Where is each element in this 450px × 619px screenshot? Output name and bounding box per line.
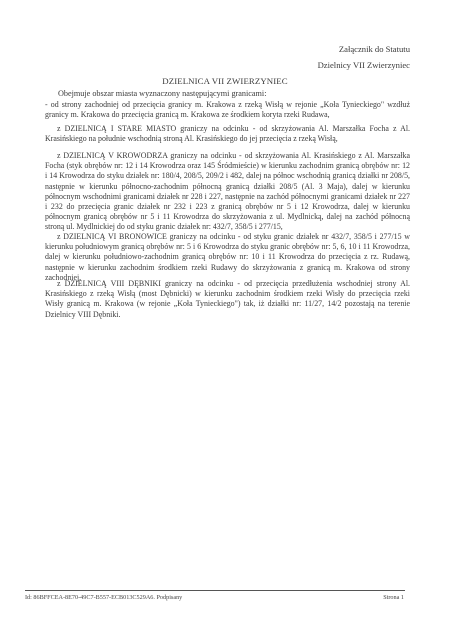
document-id: Id: 86BFFCEA-8E70-49C7-B557-ECB013C529A6… [25, 594, 182, 601]
boundary-krowodrza-paragraph: z DZIELNICĄ V KROWODRZA graniczy na odci… [45, 151, 410, 233]
boundary-stare-miasto-paragraph: z DZIELNICĄ I STARE MIASTO graniczy na o… [45, 124, 410, 144]
page-number: Strona 1 [383, 594, 404, 601]
attachment-label-line2: Dzielnicy VII Zwierzyniec [318, 60, 410, 70]
document-title: DZIELNICA VII ZWIERZYNIEC [0, 76, 450, 86]
boundary-west-paragraph: - od strony zachodniej od przecięcia gra… [45, 100, 410, 120]
attachment-label-line1: Załącznik do Statutu [339, 44, 410, 54]
document-page: Załącznik do Statutu Dzielnicy VII Zwier… [0, 0, 450, 619]
intro-text: Obejmuje obszar miasta wyznaczony następ… [58, 89, 266, 98]
boundary-debniki-paragraph: z DZIELNICĄ VIII DĘBNIKI graniczy na odc… [45, 279, 410, 320]
boundary-bronowice-paragraph: z DZIELNICĄ VI BRONOWICE graniczy na odc… [45, 232, 410, 283]
footer-divider [25, 590, 405, 591]
